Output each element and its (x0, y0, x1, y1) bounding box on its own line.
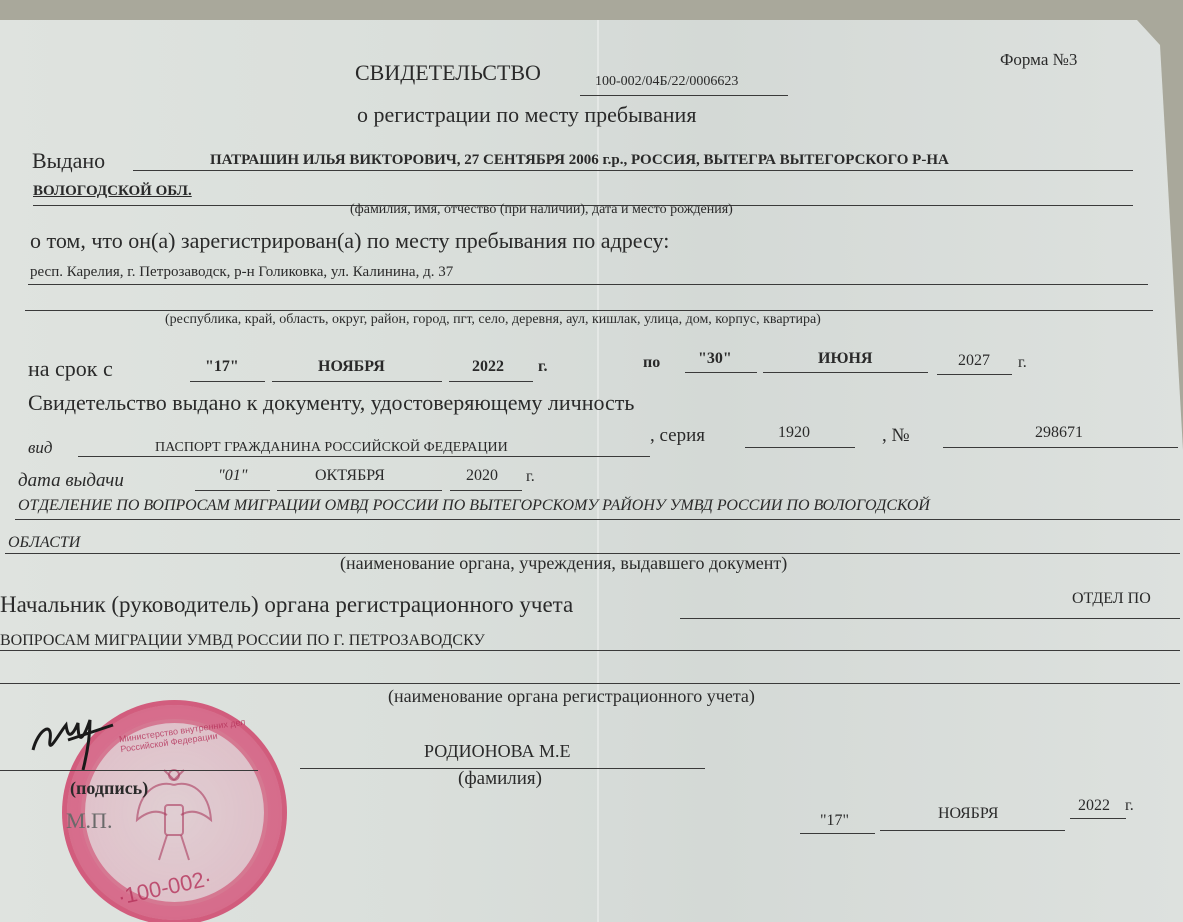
registrar-underline-2 (0, 650, 1180, 651)
id-doc-issue-date-label: дата выдачи (18, 470, 124, 492)
term-to-label: по (643, 354, 660, 372)
registrar-caption: (наименование органа регистрационного уч… (388, 686, 755, 707)
id-doc-series-value: 1920 (778, 424, 810, 442)
id-doc-type-line (78, 456, 650, 457)
issued-to-line-2: ВОЛОГОДСКОЙ ОБЛ. (33, 183, 192, 200)
term-from-day-line (190, 381, 265, 382)
address-caption: (республика, край, область, округ, район… (165, 312, 821, 328)
term-from-year-line (449, 381, 533, 382)
signature-line (0, 770, 258, 771)
id-doc-issue-year-line (450, 490, 522, 491)
term-to-year-line (937, 374, 1012, 375)
id-doc-issuer-line-1: ОТДЕЛЕНИЕ ПО ВОПРОСАМ МИГРАЦИИ ОМВД РОСС… (18, 497, 930, 515)
seal-label: М.П. (66, 808, 112, 834)
registrar-value-part-1: ОТДЕЛ ПО (1072, 590, 1151, 608)
term-to-month: ИЮНЯ (818, 350, 872, 368)
term-to-day: "30" (698, 350, 732, 368)
registrar-value-line-2: ВОПРОСАМ МИГРАЦИИ УМВД РОССИИ ПО Г. ПЕТР… (0, 632, 485, 650)
address-underline-2 (25, 310, 1153, 311)
id-doc-issue-year: 2020 (466, 467, 498, 485)
id-doc-issuer-line-2: ОБЛАСТИ (8, 534, 80, 552)
term-to-year-suffix: г. (1018, 354, 1027, 372)
document-subtitle: о регистрации по месту пребывания (357, 102, 696, 128)
signed-year-line (1070, 818, 1126, 819)
id-doc-issue-day-line (195, 490, 270, 491)
signed-month-line (880, 830, 1065, 831)
signed-month: НОЯБРЯ (938, 805, 998, 823)
term-to-day-line (685, 372, 757, 373)
id-doc-issuer-caption: (наименование органа, учреждения, выдавш… (340, 553, 787, 574)
term-to-month-line (763, 372, 928, 373)
issued-to-label: Выдано (32, 148, 105, 174)
term-from-month: НОЯБРЯ (318, 358, 385, 376)
term-from-year-suffix: г. (538, 358, 547, 376)
stamp-code: ·100-002· (115, 865, 214, 910)
stamp-outer-text: Министерство внутренних дел Российской Ф… (118, 712, 282, 754)
signed-day: "17" (820, 812, 849, 830)
id-doc-type-value: ПАСПОРТ ГРАЖДАНИНА РОССИЙСКОЙ ФЕДЕРАЦИИ (155, 440, 508, 456)
id-doc-series-line (745, 447, 855, 448)
id-doc-series-label: , серия (650, 425, 705, 447)
document-title: СВИДЕТЕЛЬСТВО (355, 60, 541, 86)
coat-of-arms-icon (129, 760, 219, 870)
term-from-year: 2022 (472, 358, 504, 376)
issued-to-caption: (фамилия, имя, отчество (при наличии), д… (350, 202, 733, 218)
id-doc-issue-month: ОКТЯБРЯ (315, 467, 385, 485)
id-doc-issue-year-suffix: г. (526, 468, 535, 486)
term-from-day: "17" (205, 358, 239, 376)
term-from-label: на срок с (28, 356, 113, 382)
address-underline-1 (28, 284, 1148, 285)
address-label: о том, что он(а) зарегистрирован(а) по м… (30, 228, 669, 254)
id-doc-issue-day: "01" (218, 467, 247, 485)
registrar-underline-3 (0, 683, 1180, 684)
registrar-underline-1 (680, 618, 1180, 619)
signed-day-line (800, 833, 875, 834)
id-doc-issue-month-line (277, 490, 442, 491)
signature-caption: (подпись) (70, 778, 148, 799)
surname-caption: (фамилия) (458, 768, 542, 790)
signed-year-suffix: г. (1125, 797, 1134, 815)
id-doc-number-line (943, 447, 1178, 448)
id-doc-number-value: 298671 (1035, 424, 1083, 442)
signature-mark (28, 695, 118, 775)
issued-to-underline-1 (133, 170, 1133, 171)
certificate-number: 100-002/04Б/22/0006623 (595, 74, 738, 90)
term-to-year: 2027 (958, 352, 990, 370)
issued-to-line-1: ПАТРАШИН ИЛЬЯ ВИКТОРОВИЧ, 27 СЕНТЯБРЯ 20… (210, 152, 949, 169)
signed-year: 2022 (1078, 797, 1110, 815)
id-doc-intro: Свидетельство выдано к документу, удосто… (28, 390, 634, 416)
address-value: респ. Карелия, г. Петрозаводск, р-н Голи… (30, 264, 453, 281)
number-underline (580, 95, 788, 96)
registrar-label: Начальник (руководитель) органа регистра… (0, 592, 573, 618)
id-doc-number-label: , № (882, 425, 910, 447)
id-doc-issuer-underline-1 (15, 519, 1180, 520)
surname-value: РОДИОНОВА М.Е (424, 741, 570, 762)
term-from-month-line (272, 381, 442, 382)
id-doc-type-label: вид (28, 438, 52, 458)
form-number: Форма №3 (1000, 50, 1077, 70)
